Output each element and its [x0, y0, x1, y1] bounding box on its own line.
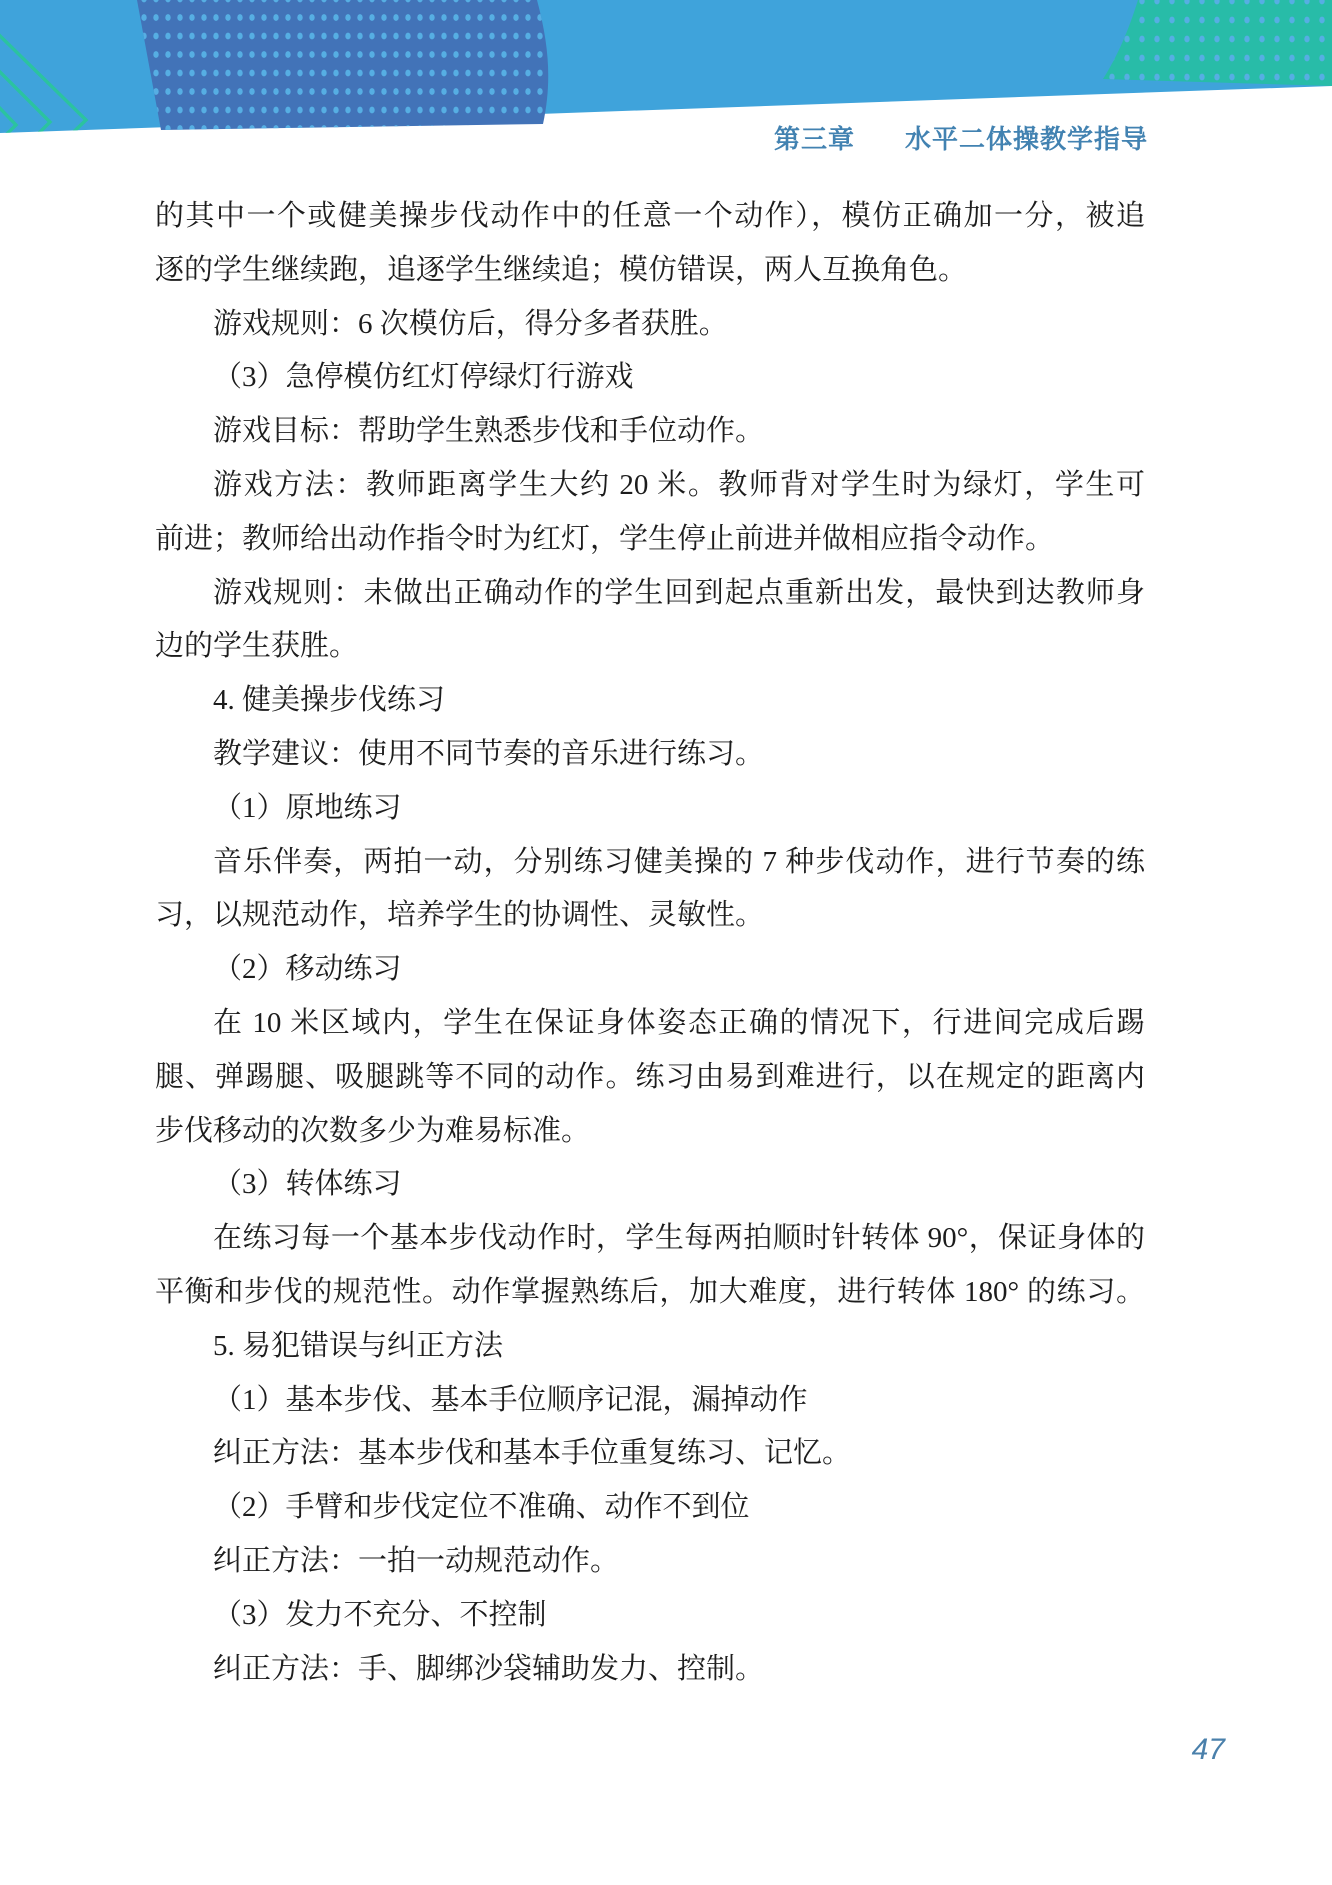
- chapter-heading: 第三章水平二体操教学指导: [774, 124, 1148, 154]
- text-line: 纠正方法：基本步伐和基本手位重复练习、记忆。: [155, 1427, 1145, 1481]
- dotted-panel-teal: [1103, 0, 1332, 86]
- text-line: 边的学生获胜。: [155, 620, 1145, 674]
- text-line: 在 10 米区域内，学生在保证身体姿态正确的情况下，行进间完成后踢: [155, 997, 1145, 1051]
- text-line: 步伐移动的次数多少为难易标准。: [155, 1105, 1145, 1159]
- text-line: （3）急停模仿红灯停绿灯行游戏: [155, 351, 1145, 405]
- text-line: （1）基本步伐、基本手位顺序记混，漏掉动作: [155, 1374, 1145, 1428]
- text-line: （1）原地练习: [155, 782, 1145, 836]
- dotted-panel-dark: [137, 0, 548, 130]
- text-line: 的其中一个或健美操步伐动作中的任意一个动作），模仿正确加一分，被追: [155, 190, 1145, 244]
- text-line: 腿、弹踢腿、吸腿跳等不同的动作。练习由易到难进行，以在规定的距离内: [155, 1051, 1145, 1105]
- chapter-label: 第三章: [774, 124, 855, 154]
- text-line: 教学建议：使用不同节奏的音乐进行练习。: [155, 728, 1145, 782]
- text-line: 游戏规则：未做出正确动作的学生回到起点重新出发，最快到达教师身: [155, 567, 1145, 621]
- text-line: 5. 易犯错误与纠正方法: [155, 1320, 1145, 1374]
- text-line: （2）手臂和步伐定位不准确、动作不到位: [155, 1481, 1145, 1535]
- text-line: 纠正方法：一拍一动规范动作。: [155, 1535, 1145, 1589]
- text-line: 4. 健美操步伐练习: [155, 674, 1145, 728]
- text-line: 前进；教师给出动作指令时为红灯，学生停止前进并做相应指令动作。: [155, 513, 1145, 567]
- text-line: 平衡和步伐的规范性。动作掌握熟练后，加大难度，进行转体 180° 的练习。: [155, 1266, 1145, 1320]
- body-text: 的其中一个或健美操步伐动作中的任意一个动作），模仿正确加一分，被追逐的学生继续跑…: [155, 190, 1145, 1696]
- text-line: （2）移动练习: [155, 943, 1145, 997]
- text-line: （3）转体练习: [155, 1158, 1145, 1212]
- text-line: 游戏规则：6 次模仿后，得分多者获胜。: [155, 298, 1145, 352]
- text-line: 音乐伴奏，两拍一动，分别练习健美操的 7 种步伐动作，进行节奏的练: [155, 836, 1145, 890]
- chapter-title: 水平二体操教学指导: [905, 124, 1148, 154]
- text-line: 逐的学生继续跑，追逐学生继续追；模仿错误，两人互换角色。: [155, 244, 1145, 298]
- text-line: （3）发力不充分、不控制: [155, 1589, 1145, 1643]
- text-line: 习，以规范动作，培养学生的协调性、灵敏性。: [155, 889, 1145, 943]
- page-number: 47: [1192, 1733, 1225, 1767]
- text-line: 游戏方法：教师距离学生大约 20 米。教师背对学生时为绿灯，学生可: [155, 459, 1145, 513]
- text-line: 纠正方法：手、脚绑沙袋辅助发力、控制。: [155, 1643, 1145, 1697]
- text-line: 在练习每一个基本步伐动作时，学生每两拍顺时针转体 90°，保证身体的: [155, 1212, 1145, 1266]
- text-line: 游戏目标：帮助学生熟悉步伐和手位动作。: [155, 405, 1145, 459]
- page: 第三章水平二体操教学指导 的其中一个或健美操步伐动作中的任意一个动作），模仿正确…: [0, 0, 1332, 1885]
